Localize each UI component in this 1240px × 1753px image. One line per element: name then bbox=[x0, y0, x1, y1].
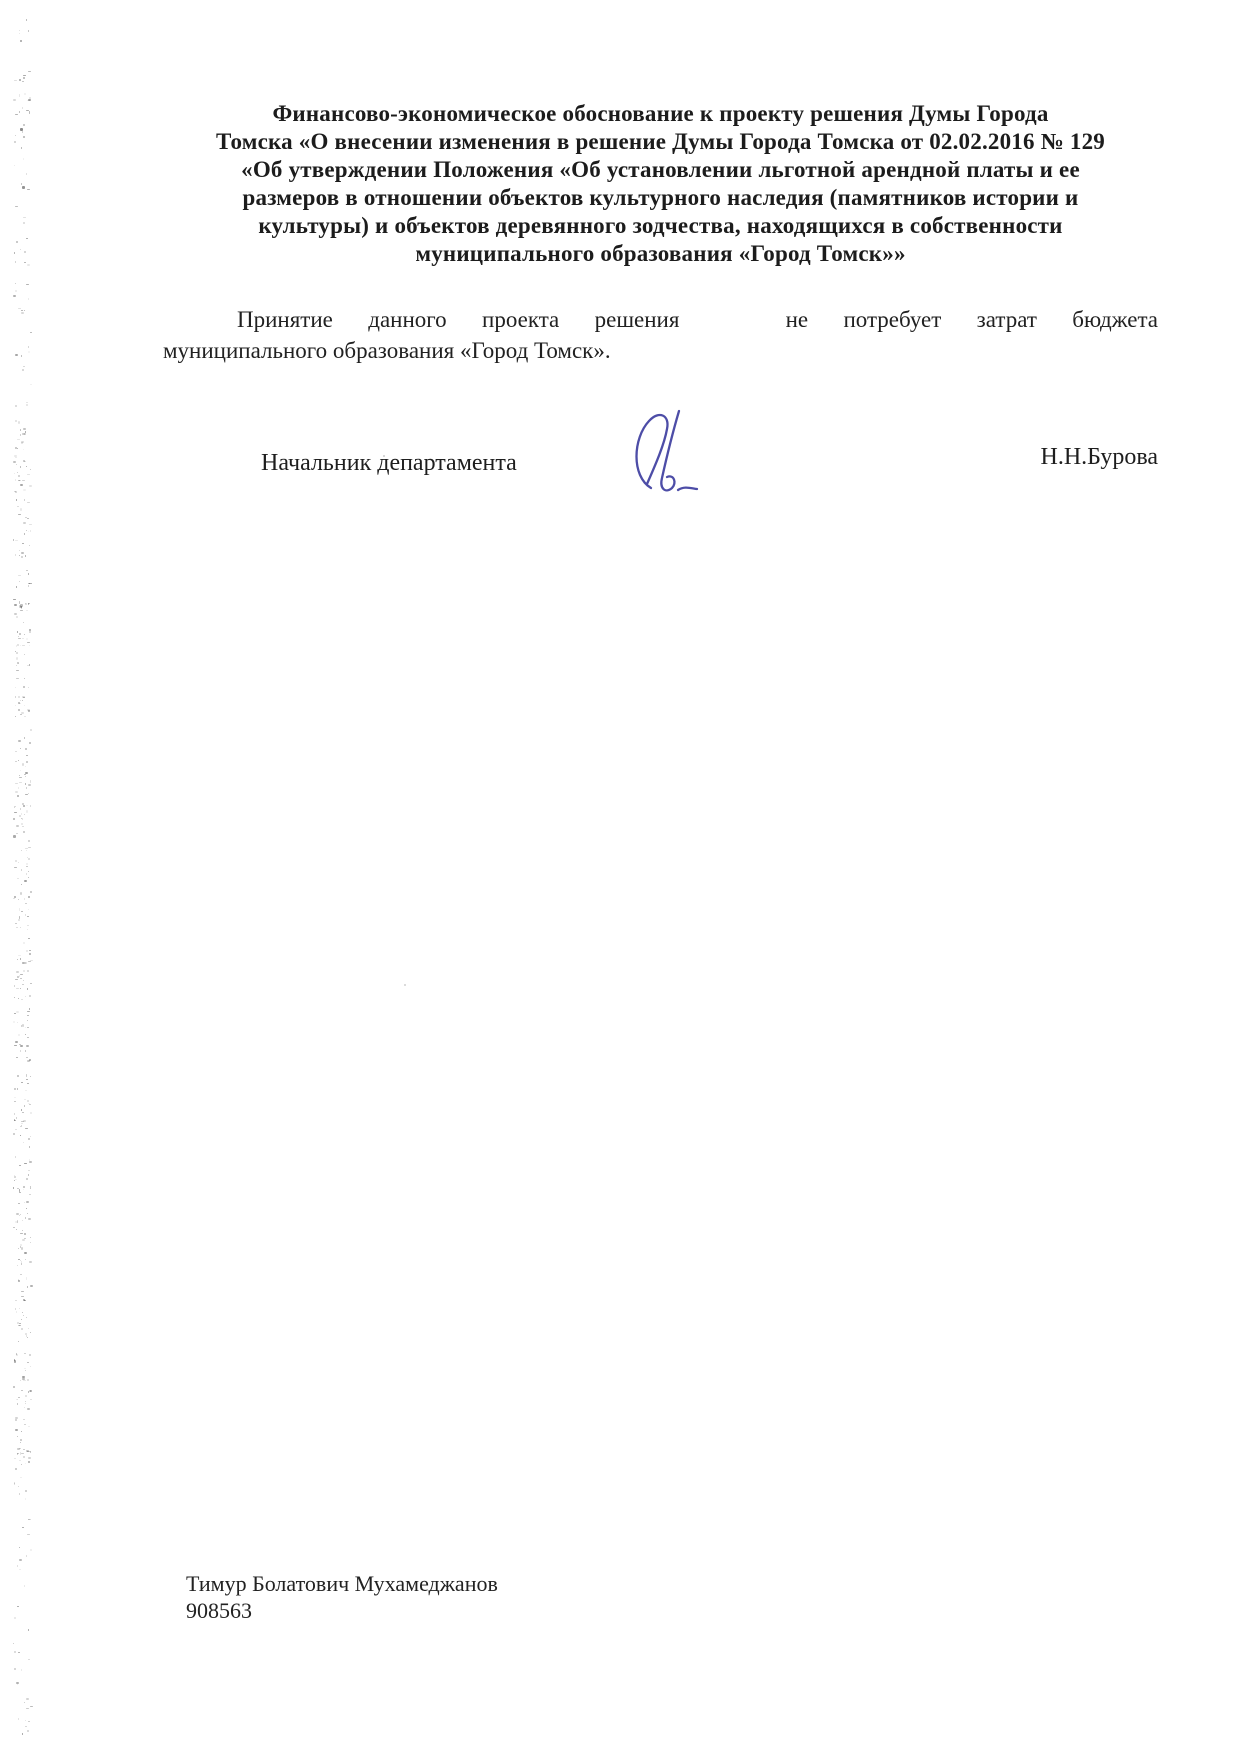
body-paragraph-line: муниципального образования «Город Томск»… bbox=[163, 335, 1158, 366]
title-line: культуры) и объектов деревянного зодчест… bbox=[163, 212, 1158, 240]
document-title: Финансово-экономическое обоснование к пр… bbox=[163, 100, 1158, 268]
document-page: Финансово-экономическое обоснование к пр… bbox=[0, 0, 1240, 1753]
title-line: размеров в отношении объектов культурног… bbox=[163, 184, 1158, 212]
title-line: муниципального образования «Город Томск»… bbox=[163, 240, 1158, 268]
title-line: Финансово-экономическое обоснование к пр… bbox=[163, 100, 1158, 128]
title-line: Томска «О внесении изменения в решение Д… bbox=[163, 128, 1158, 156]
signer-name: Н.Н.Бурова bbox=[1040, 444, 1158, 471]
executor-name: Тимур Болатович Мухамеджанов bbox=[186, 1570, 498, 1597]
position-label: Начальник департамента bbox=[261, 450, 517, 477]
title-line: «Об утверждении Положения «Об установлен… bbox=[163, 156, 1158, 184]
document-content: Финансово-экономическое обоснование к пр… bbox=[163, 0, 1158, 1753]
body-paragraph: Принятие данного проекта решения не потр… bbox=[163, 304, 1158, 366]
executor-block: Тимур Болатович Мухамеджанов 908563 bbox=[186, 1570, 498, 1624]
body-paragraph-line: Принятие данного проекта решения не потр… bbox=[163, 304, 1158, 335]
handwritten-signature-icon bbox=[618, 408, 718, 508]
executor-phone: 908563 bbox=[186, 1597, 498, 1624]
